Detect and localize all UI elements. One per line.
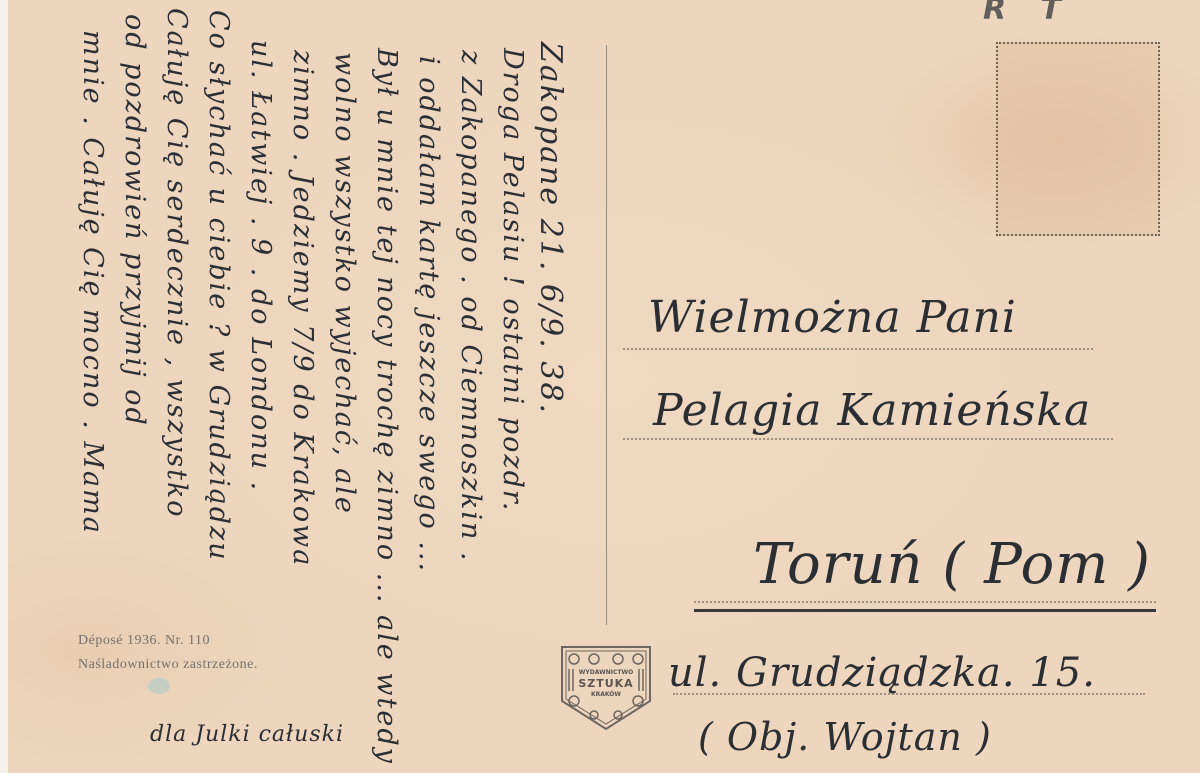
address-recipient-name: Pelagia Kamieńska [653,385,1091,436]
address-salutation: Wielmożna Pani [648,292,1017,343]
address-rule-3 [694,601,1156,603]
message-column: i oddałam kartę jeszcze swego ... [413,56,444,573]
message-column: Całuję Cię serdecznie , wszystko [161,8,192,519]
message-column: wolno wszystko wyjechać, ale [329,52,360,515]
message-column: Był u mnie tej nocy trochę zimno ... ale… [371,48,402,765]
city-underline [694,609,1156,612]
imprint-copyright: Naśladownictwo zastrzeżone. [78,657,258,673]
address-street: ul. Grudziądzka. 15. [668,650,1096,696]
message-footer: dla Julki całuski [150,722,344,747]
imprint-deposit: Déposé 1936. Nr. 110 [78,633,210,649]
logo-line-name: SZTUKA [556,677,656,690]
message-column: z Zakopanego . od Ciemnoszkin . [455,50,486,563]
message-column: Droga Pelasiu ! ostatni pozdr. [497,48,528,512]
address-rule-1 [623,348,1093,350]
message-column: mnie . Całuję Cię mocno . Mama [77,30,108,535]
message-column: zimno . Jedziemy 7/9 do Krakowa [287,50,318,567]
address-rule-2 [623,438,1113,440]
stamp-placeholder-box [996,42,1160,236]
address-care-of: ( Obj. Wojtan ) [698,715,992,759]
message-heading: Zakopane 21. 6/9. 38. [533,42,568,415]
center-divider [606,45,607,625]
postmark-fragment: R T [983,0,1183,22]
message-column: Co słychać u ciebie ? w Grudziądzu [203,10,234,562]
message-column: od pozdrowień przyjmij od [119,14,150,427]
ink-stain [148,678,170,694]
logo-line-publisher: WYDAWNICTWO [556,669,656,676]
postcard: Zakopane 21. 6/9. 38. Droga Pelasiu ! os… [8,0,1200,773]
address-city: Toruń ( Pom ) [753,532,1151,597]
logo-line-city: KRAKÓW [556,691,656,698]
message-column: ul. Łatwiej . 9 . do Londonu . [245,40,276,492]
publisher-logo: WYDAWNICTWO SZTUKA KRAKÓW [556,643,656,733]
